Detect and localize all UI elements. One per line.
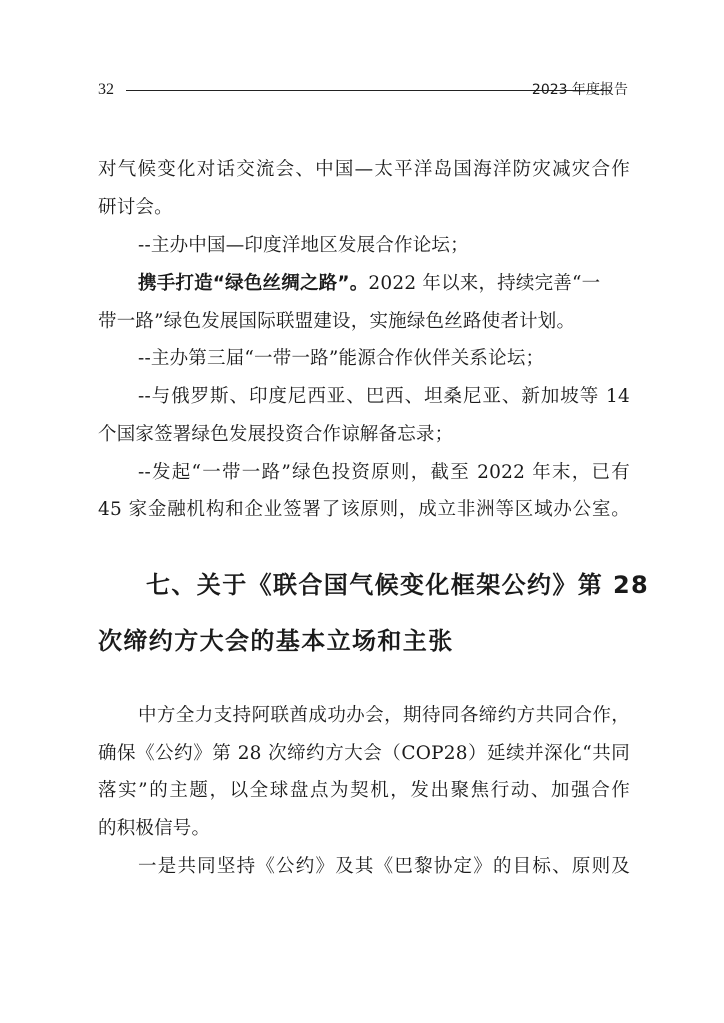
bullet-line: --主办第三届“一带一路”能源合作伙伴关系论坛； [98, 347, 630, 371]
bullet-line: --与俄罗斯、印度尼西亚、巴西、坦桑尼亚、新加坡等 14 [98, 385, 630, 409]
heading-line-1: 七、关于《联合国气候变化框架公约》第 28 [146, 570, 630, 600]
body-line: 带一路”绿色发展国际联盟建设，实施绿色丝路使者计划。 [98, 310, 630, 334]
body-line: 45 家金融机构和企业签署了该原则，成立非洲等区域办公室。 [98, 498, 630, 522]
body-line: 中方全力支持阿联酋成功办会，期待同各缔约方共同合作， [98, 704, 630, 728]
bold-lead-text: 携手打造“绿色丝绸之路”。 [138, 273, 368, 294]
page-header: 32 2023 年度报告 [98, 79, 628, 103]
body-line: 研讨会。 [98, 196, 630, 220]
body-line: 一是共同坚持《公约》及其《巴黎协定》的目标、原则及 [98, 855, 630, 879]
body-line: 落实”的主题，以全球盘点为契机，发出聚焦行动、加强合作 [98, 779, 630, 803]
body-line: 确保《公约》第 28 次缔约方大会（COP28）延续并深化“共同 [98, 742, 630, 766]
report-title: 2023 年度报告 [532, 79, 628, 101]
bullet-line: --主办中国—印度洋地区发展合作论坛； [98, 234, 630, 258]
page-number: 32 [98, 79, 114, 101]
body-line: 个国家签署绿色发展投资合作谅解备忘录； [98, 423, 630, 447]
bullet-line: --发起“一带一路”绿色投资原则，截至 2022 年末，已有 [98, 461, 630, 485]
heading-line-2: 次缔约方大会的基本立场和主张 [98, 626, 454, 656]
body-line: 的积极信号。 [98, 817, 630, 841]
paragraph-lead: 携手打造“绿色丝绸之路”。2022 年以来，持续完善“一 [98, 272, 630, 296]
body-text: 2022 年以来，持续完善“一 [368, 273, 600, 294]
body-line: 对气候变化对话交流会、中国—太平洋岛国海洋防灾减灾合作 [98, 158, 630, 182]
